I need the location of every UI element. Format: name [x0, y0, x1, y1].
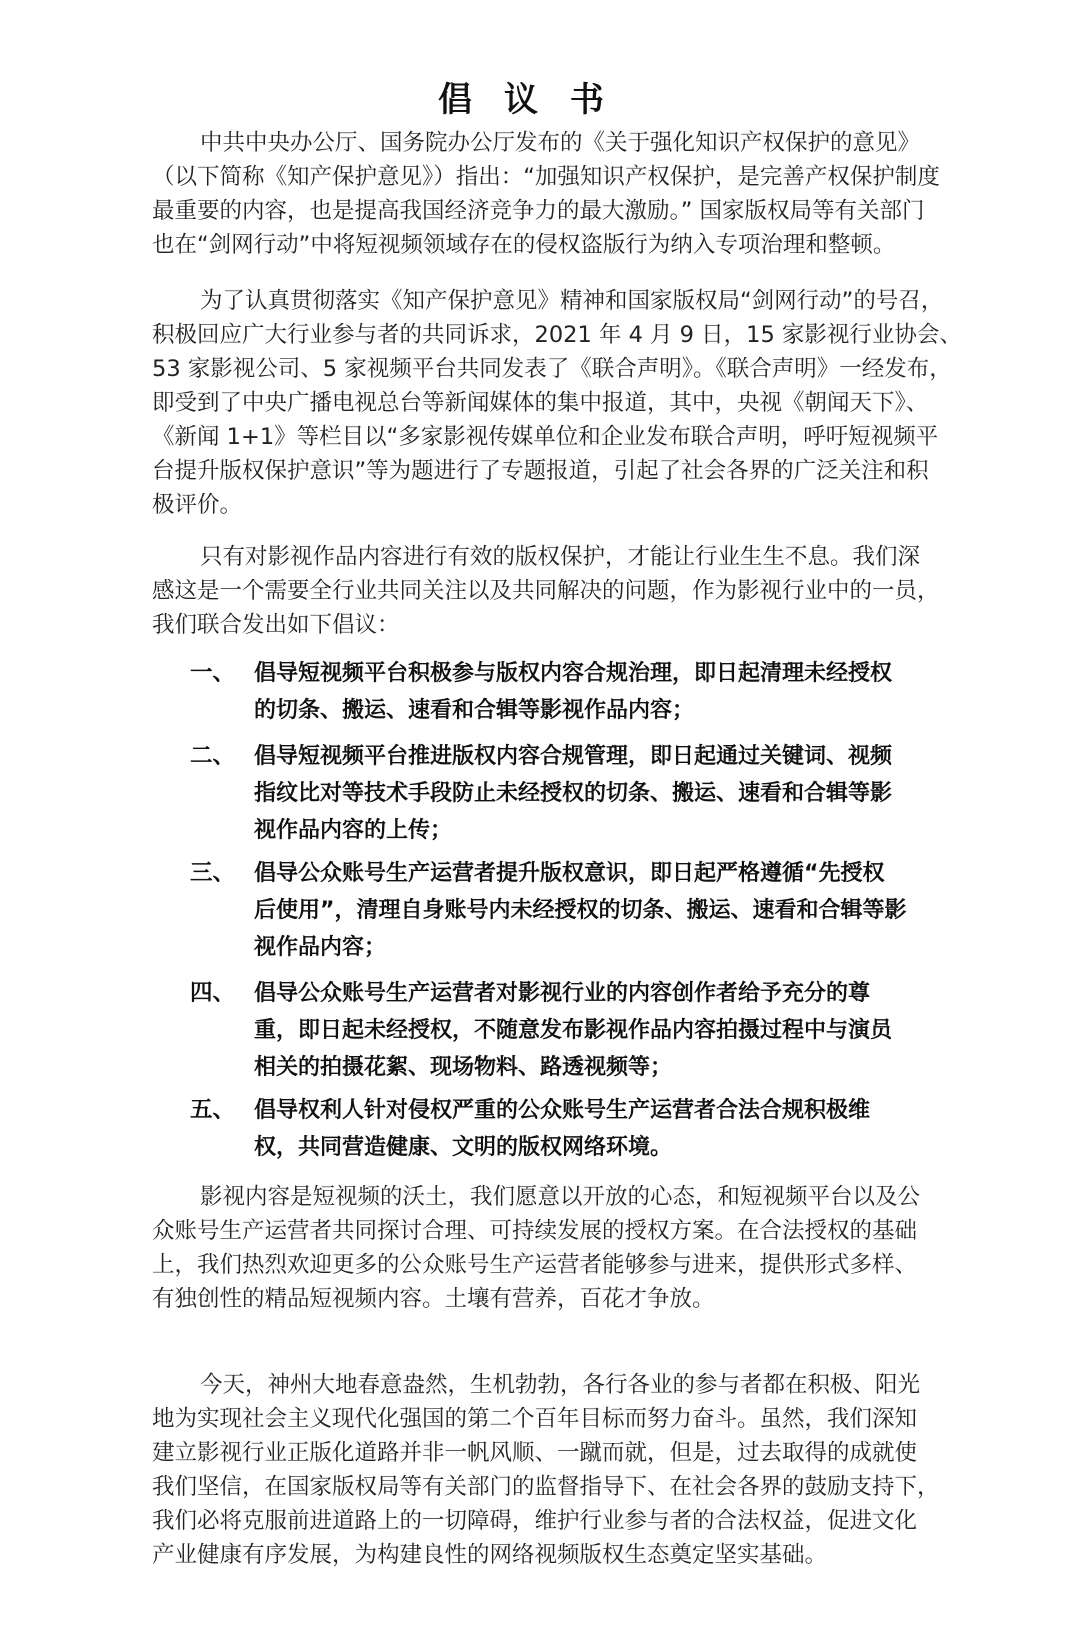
- proposal-number: 三、: [190, 855, 235, 891]
- paragraph-line: 53 家影视公司、5 家视频平台共同发表了《联合声明》。《联合声明》一经发布，: [152, 352, 912, 386]
- proposal-line: 重，即日起未经授权，不随意发布影视作品内容拍摄过程中与演员: [254, 1012, 892, 1049]
- proposal-line: 指纹比对等技术手段防止未经授权的切条、搬运、速看和合辑等影: [254, 775, 892, 812]
- paragraph-line: 我们联合发出如下倡议：: [152, 608, 912, 642]
- paragraph-line: 最重要的内容，也是提高我国经济竞争力的最大激励。” 国家版权局等有关部门: [152, 194, 912, 228]
- paragraph-line: 今天，神州大地春意盎然，生机勃勃，各行各业的参与者都在积极、阳光: [152, 1368, 912, 1402]
- proposal-line: 倡导公众账号生产运营者对影视行业的内容创作者给予充分的尊: [254, 975, 892, 1012]
- paragraph-line: 为了认真贯彻落实《知产保护意见》精神和国家版权局“剑网行动”的号召，: [152, 284, 912, 318]
- proposal-number: 五、: [190, 1092, 235, 1128]
- proposal-line: 的切条、搬运、速看和合辑等影视作品内容；: [254, 692, 892, 729]
- paragraph-line: 上，我们热烈欢迎更多的公众账号生产运营者能够参与进来，提供形式多样、: [152, 1248, 912, 1282]
- proposal-number: 二、: [190, 738, 235, 774]
- paragraph-line: 极评价。: [152, 488, 912, 522]
- document-title: 倡 议 书: [152, 72, 900, 121]
- paragraph-line: 感这是一个需要全行业共同关注以及共同解决的问题，作为影视行业中的一员，: [152, 574, 912, 608]
- paragraph-line: 建立影视行业正版化道路并非一帆风顺、一蹴而就，但是，过去取得的成就使: [152, 1436, 912, 1470]
- paragraph-intro: 中共中央办公厅、国务院办公厅发布的《关于强化知识产权保护的意见》 （以下简称《知…: [152, 126, 912, 262]
- paragraph-line: 中共中央办公厅、国务院办公厅发布的《关于强化知识产权保护的意见》: [152, 126, 912, 160]
- paragraph-line: 台提升版权保护意识”等为题进行了专题报道，引起了社会各界的广泛关注和积: [152, 454, 912, 488]
- paragraph-line: 积极回应广大行业参与者的共同诉求，2021 年 4 月 9 日，15 家影视行业…: [152, 318, 912, 352]
- paragraph-line: 也在“剑网行动”中将短视频领域存在的侵权盗版行为纳入专项治理和整顿。: [152, 228, 912, 262]
- proposal-line: 后使用”，清理自身账号内未经授权的切条、搬运、速看和合辑等影: [254, 892, 906, 929]
- paragraph-line: 即受到了中央广播电视总台等新闻媒体的集中报道，其中，央视《朝闻天下》、: [152, 386, 912, 420]
- paragraph-line: 只有对影视作品内容进行有效的版权保护，才能让行业生生不息。我们深: [152, 540, 912, 574]
- paragraph-line: 众账号生产运营者共同探讨合理、可持续发展的授权方案。在合法授权的基础: [152, 1214, 912, 1248]
- paragraph-line: 我们坚信，在国家版权局等有关部门的监督指导下、在社会各界的鼓励支持下，: [152, 1470, 912, 1504]
- proposal-line: 视作品内容；: [254, 929, 906, 966]
- proposal-line: 视作品内容的上传；: [254, 812, 892, 849]
- proposal-line: 倡导权利人针对侵权严重的公众账号生产运营者合法合规积极维: [254, 1092, 870, 1129]
- proposal-line: 相关的拍摄花絮、现场物料、路透视频等；: [254, 1049, 892, 1086]
- paragraph-call: 只有对影视作品内容进行有效的版权保护，才能让行业生生不息。我们深 感这是一个需要…: [152, 540, 912, 642]
- paragraph-line: 地为实现社会主义现代化强国的第二个百年目标而努力奋斗。虽然，我们深知: [152, 1402, 912, 1436]
- paragraph-vision: 影视内容是短视频的沃土，我们愿意以开放的心态，和短视频平台以及公 众账号生产运营…: [152, 1180, 912, 1316]
- proposal-line: 倡导公众账号生产运营者提升版权意识，即日起严格遵循“先授权: [254, 855, 906, 892]
- proposal-line: 倡导短视频平台推进版权内容合规管理，即日起通过关键词、视频: [254, 738, 892, 775]
- proposal-number: 四、: [190, 975, 235, 1011]
- paragraph-background: 为了认真贯彻落实《知产保护意见》精神和国家版权局“剑网行动”的号召， 积极回应广…: [152, 284, 912, 522]
- paragraph-line: （以下简称《知产保护意见》）指出：“加强知识产权保护，是完善产权保护制度: [152, 160, 912, 194]
- paragraph-line: 《新闻 1+1》等栏目以“多家影视传媒单位和企业发布联合声明，呼吁短视频平: [152, 420, 912, 454]
- proposal-line: 权，共同营造健康、文明的版权网络环境。: [254, 1129, 870, 1166]
- paragraph-line: 我们必将克服前进道路上的一切障碍，维护行业参与者的合法权益，促进文化: [152, 1504, 912, 1538]
- proposal-number: 一、: [190, 655, 235, 691]
- paragraph-conclusion: 今天，神州大地春意盎然，生机勃勃，各行各业的参与者都在积极、阳光 地为实现社会主…: [152, 1368, 912, 1572]
- paragraph-line: 有独创性的精品短视频内容。土壤有营养，百花才争放。: [152, 1282, 912, 1316]
- paragraph-line: 影视内容是短视频的沃土，我们愿意以开放的心态，和短视频平台以及公: [152, 1180, 912, 1214]
- proposal-line: 倡导短视频平台积极参与版权内容合规治理，即日起清理未经授权: [254, 655, 892, 692]
- paragraph-line: 产业健康有序发展，为构建良性的网络视频版权生态奠定坚实基础。: [152, 1538, 912, 1572]
